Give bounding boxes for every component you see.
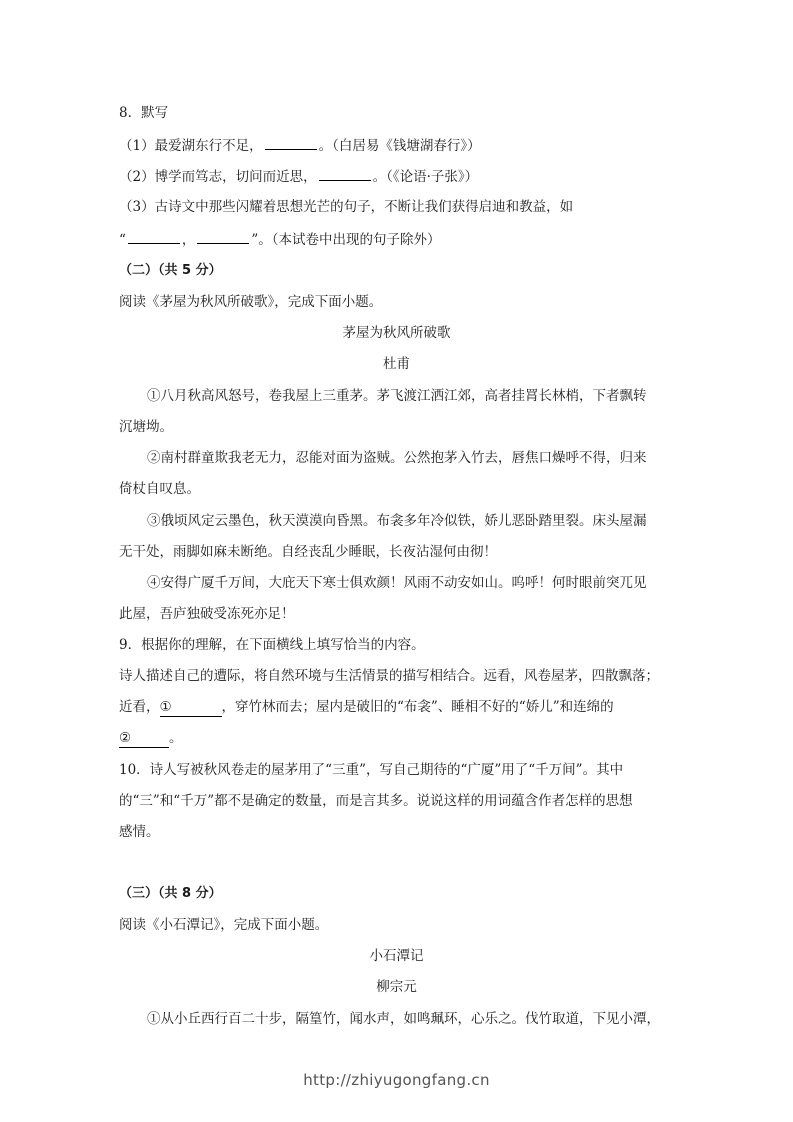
poem-paragraph-2: ②南村群童欺我老无力，忍能对面为盗贼。公然抱茅入竹去，唇焦口燥呼不得，归来 [147,449,707,467]
poem-paragraph-4: ④安得广厦千万间，大庇天下寒士俱欢颜！风雨不动安如山。呜呼！何时眼前突兀见 [147,574,707,592]
answer-blank[interactable] [319,166,371,181]
q8-title: 8．默写 [119,104,679,122]
q9-line3-after: 。 [169,730,183,746]
q10-line1: 10．诗人写被秋风卷走的屋茅用了“三重”，写自己期待的“广厦”用了“千万间”。其… [119,761,679,779]
q10-line3: 感情。 [119,823,679,841]
poem-paragraph-3-cont: 无干处，雨脚如麻未断绝。自经丧乱少睡眠，长夜沾湿何由彻！ [119,543,679,561]
answer-blank[interactable] [265,135,317,150]
essay-author: 柳宗元 [0,978,793,996]
essay-paragraph-1: ①从小丘西行百二十步，隔篁竹，闻水声，如鸣珮环，心乐之。伐竹取道，下见小潭， [147,1010,707,1028]
answer-blank-2[interactable]: ② [119,729,169,748]
answer-blank[interactable] [197,229,249,244]
blank-number-1: ① [160,699,172,715]
poem-paragraph-1-cont: 沉塘坳。 [119,418,679,436]
q8-item1-text: （1）最爱湖东行不足， [119,138,263,154]
section2-heading: （二）（共 5 分） [119,262,679,280]
poem-paragraph-3: ③俄顷风定云墨色，秋天漠漠向昏黑。布衾多年冷似铁，娇儿恶卧踏里裂。床头屋漏 [147,512,707,530]
q8-item3-line2: “，”。（本试卷中出现的句子除外） [119,229,679,249]
q8-item1-source: 。（白居易《钱塘湖春行》） [319,138,481,154]
document-page: 8．默写 （1）最爱湖东行不足，。（白居易《钱塘湖春行》） （2）博学而笃志，切… [0,0,793,1122]
section3-heading: （三）（共 8 分） [119,885,679,903]
q8-item2-source: 。（《论语·子张》） [373,169,479,185]
poem-paragraph-2-cont: 倚杖自叹息。 [119,480,679,498]
q9-line2-after: ，穿竹林而去；屋内是破旧的“布衾”、睡相不好的“娇儿”和连绵的 [222,699,614,715]
poem-title: 茅屋为秋风所破歌 [0,324,793,342]
answer-blank-1[interactable]: ① [160,698,222,717]
q8-item2-text: （2）博学而笃志，切问而近思， [119,169,317,185]
blank-number-2: ② [119,730,131,746]
q9-line3: ②。 [119,729,679,748]
q8-item2: （2）博学而笃志，切问而近思，。（《论语·子张》） [119,166,679,186]
poem-author: 杜甫 [0,355,793,373]
q9-line2: 近看，①，穿竹林而去；屋内是破旧的“布衾”、睡相不好的“娇儿”和连绵的 [119,698,679,717]
open-quote: “ [119,232,126,248]
essay-title: 小石潭记 [0,947,793,965]
section2-instruction: 阅读《茅屋为秋风所破歌》，完成下面小题。 [119,293,679,311]
q9-line1: 诗人描述自己的遭际，将自然环境与生活情景的描写相结合。远看，风卷屋茅，四散飘落； [119,667,679,685]
comma: ， [182,232,196,248]
q10-line2: 的“三”和“千万”都不是确定的数量，而是言其多。说说这样的用词蕴含作者怎样的思想 [119,792,679,810]
footer-url: http://zhiyugongfang.cn [0,1071,793,1089]
q9-title: 9．根据你的理解，在下面横线上填写恰当的内容。 [119,636,679,654]
q9-line2-before: 近看， [119,699,160,715]
answer-blank[interactable] [128,229,180,244]
q8-item3-line1: （3）古诗文中那些闪耀着思想光芒的句子，不断让我们获得启迪和教益，如 [119,198,679,216]
poem-paragraph-4-cont: 此屋，吾庐独破受冻死亦足！ [119,605,679,623]
q8-item3-note: ”。（本试卷中出现的句子除外） [251,232,440,248]
q8-item1: （1）最爱湖东行不足，。（白居易《钱塘湖春行》） [119,135,679,155]
poem-paragraph-1: ①八月秋高风怒号，卷我屋上三重茅。茅飞渡江洒江郊，高者挂罥长林梢，下者飘转 [147,387,707,405]
section3-instruction: 阅读《小石潭记》，完成下面小题。 [119,916,679,934]
